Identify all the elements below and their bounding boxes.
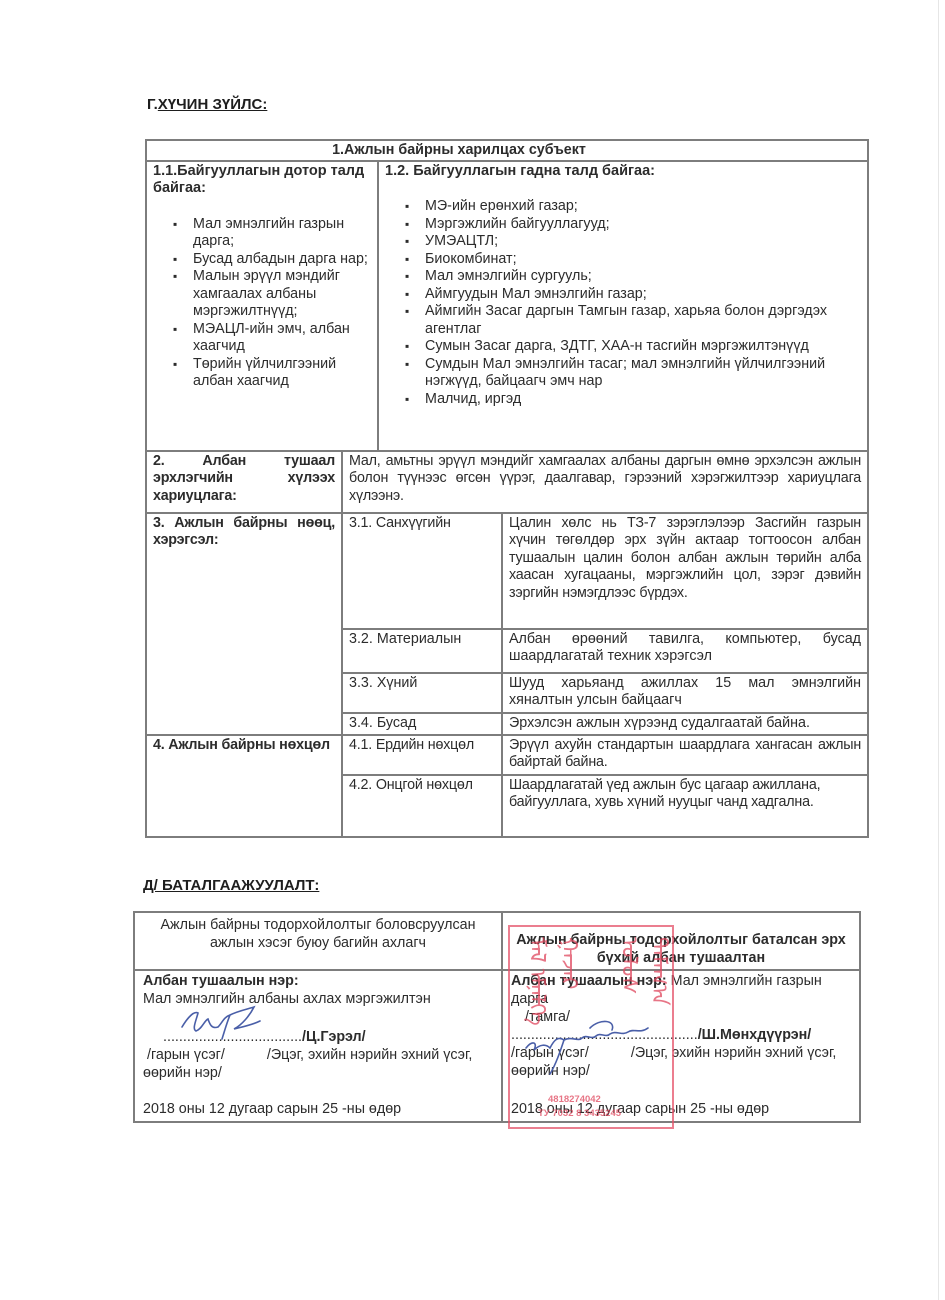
responsibility-label: 2. Албан тушаал эрхлэгчийн хүлээх хариуц… [146,451,342,513]
internal-item: Малын эрүүл мэндийг хамгаалах албаны мэр… [167,268,371,321]
right-signer-cell: Албан тушаалын нэр: Мал эмнэлгийн газрын… [502,970,860,1122]
responsibility-row: 2. Албан тушаал эрхлэгчийн хүлээх хариуц… [146,451,868,513]
left-position-value: Мал эмнэлгийн албаны ахлах мэргэжилтэн [143,990,495,1008]
right-position: Албан тушаалын нэр: Мал эмнэлгийн газрын… [511,972,853,1008]
resource-key: 3.3. Хүний [342,673,502,713]
external-item: Биокомбинат; [399,251,861,269]
section-g-heading: ХҮЧИН ЗҮЙЛС: [158,96,268,113]
internal-item: Төрийн үйлчилгээний албан хаагчид [167,356,371,391]
external-item: МЭ-ийн ерөнхий газар; [399,198,861,216]
condition-key: 4.2. Онцгой нөхцөл [342,775,502,837]
external-item: Сумын Засаг дарга, ЗДТГ, ХАА-н тасгийн м… [399,338,861,356]
right-dots: ........................................… [511,1027,698,1043]
condition-value: Шаардлагатай үед ажлын бус цагаар ажилла… [502,775,868,837]
right-signature-line: ........................................… [511,1026,853,1044]
condition-key: 4.1. Ердийн нөхцөл [342,735,502,775]
external-item: Мал эмнэлгийн сургууль; [399,268,861,286]
page-edge [938,0,939,1300]
right-header-text: Ажлын байрны тодорхойлолтыг баталсан эрх… [516,932,846,966]
left-captions: /гарын үсэг/ /Эцэг, эхийн нэрийн эхний ү… [143,1046,495,1082]
right-captions: /гарын үсэг/ /Эцэг, эхийн нэрийн эхний ү… [511,1044,853,1080]
external-item: Аймгуудын Мал эмнэлгийн газар; [399,286,861,304]
external-item: Малчид, иргэд [399,391,861,409]
left-signature-caption: /гарын үсэг/ [143,1047,225,1063]
left-header-text: Ажлын байрны тодорхойлолтыг боловсруулса… [161,917,476,951]
section-d-title: Д/ БАТАЛГААЖУУЛАЛТ: [143,877,319,894]
right-date: 2018 оны 12 дугаар сарын 25 -ны өдөр [511,1100,853,1118]
section-g-title: Г.ХҮЧИН ЗҮЙЛС: [147,96,267,113]
section-g-prefix: Г. [147,96,158,113]
conditions-label: 4. Ажлын байрны нөхцөл [146,735,342,837]
left-dots: ................................... [163,1029,302,1045]
resource-value: Эрхэлсэн ажлын хүрээнд судалгаатай байна… [502,713,868,735]
resource-row: 3. Ажлын байрны нөөц, хэрэгсэл: 3.1. Сан… [146,513,868,629]
resource-value: Албан өрөөний тавилга, компьютер, бусад … [502,629,868,673]
internal-cell: 1.1.Байгууллагын дотор талд байгаа: Мал … [146,161,378,451]
verification-table: Ажлын байрны тодорхойлолтыг боловсруулса… [133,911,861,1123]
right-seal-caption: /тамга/ [511,1008,853,1026]
resources-label: 3. Ажлын байрны нөөц, хэрэгсэл: [146,513,342,735]
left-header: Ажлын байрны тодорхойлолтыг боловсруулса… [134,912,502,970]
relations-row: 1.1.Байгууллагын дотор талд байгаа: Мал … [146,161,868,451]
resource-key: 3.1. Санхүүгийн [342,513,502,629]
internal-item: МЭАЦЛ-ийн эмч, албан хаагчид [167,321,371,356]
left-signer-name: /Ц.Гэрэл/ [302,1029,366,1045]
internal-title: 1.1.Байгууллагын дотор талд байгаа: [153,163,371,198]
external-item: УМЭАЦТЛ; [399,233,861,251]
external-item: Мэргэжлийн байгууллагууд; [399,216,861,234]
right-signature-caption: /гарын үсэг/ [511,1045,589,1061]
relations-header: 1.Ажлын байрны харилцах субъект [146,140,868,161]
section-d-heading: Д/ БАТАЛГААЖУУЛАЛТ: [143,877,319,894]
external-item: Аймгийн Засаг даргын Тамгын газар, харья… [399,303,861,338]
internal-item: Мал эмнэлгийн газрын дарга; [167,216,371,251]
external-list: МЭ-ийн ерөнхий газар; Мэргэжлийн байгуул… [385,198,861,408]
condition-row: 4. Ажлын байрны нөхцөл 4.1. Ердийн нөхцө… [146,735,868,775]
resource-value: Цалин хөлс нь ТЗ-7 зэрэглэлээр Засгийн г… [502,513,868,629]
relations-header-text: 1.Ажлын байрны харилцах субъект [332,142,586,158]
relations-header-row: 1.Ажлын байрны харилцах субъект [146,140,868,161]
left-position-label: Албан тушаалын нэр: [143,972,495,990]
internal-list: Мал эмнэлгийн газрын дарга; Бусад албады… [153,216,371,391]
left-date: 2018 оны 12 дугаар сарын 25 -ны өдөр [143,1100,495,1118]
responsibility-text: Мал, амьтны эрүүл мэндийг хамгаалах алба… [342,451,868,513]
external-cell: 1.2. Байгууллагын гадна талд байгаа: МЭ-… [378,161,868,451]
right-header: Ажлын байрны тодорхойлолтыг баталсан эрх… [502,912,860,970]
internal-item: Бусад албадын дарга нар; [167,251,371,269]
factors-table: 1.Ажлын байрны харилцах субъект 1.1.Байг… [145,139,869,838]
resource-key: 3.4. Бусад [342,713,502,735]
verification-header-row: Ажлын байрны тодорхойлолтыг боловсруулса… [134,912,860,970]
condition-value: Эрүүл ахуйн стандартын шаардлага хангаса… [502,735,868,775]
resource-value: Шууд харьяанд ажиллах 15 мал эмнэлгийн х… [502,673,868,713]
right-signer-name: /Ш.Мөнхдүүрэн/ [698,1027,812,1043]
left-signature-line: .................................../Ц.Гэ… [143,1028,495,1046]
right-position-label: Албан тушаалын нэр: [511,973,667,989]
external-item: Сумдын Мал эмнэлгийн тасаг; мал эмнэлгий… [399,356,861,391]
verification-body-row: Албан тушаалын нэр: Мал эмнэлгийн албаны… [134,970,860,1122]
external-title: 1.2. Байгууллагын гадна талд байгаа: [385,163,861,181]
resource-key: 3.2. Материалын [342,629,502,673]
left-signer-cell: Албан тушаалын нэр: Мал эмнэлгийн албаны… [134,970,502,1122]
